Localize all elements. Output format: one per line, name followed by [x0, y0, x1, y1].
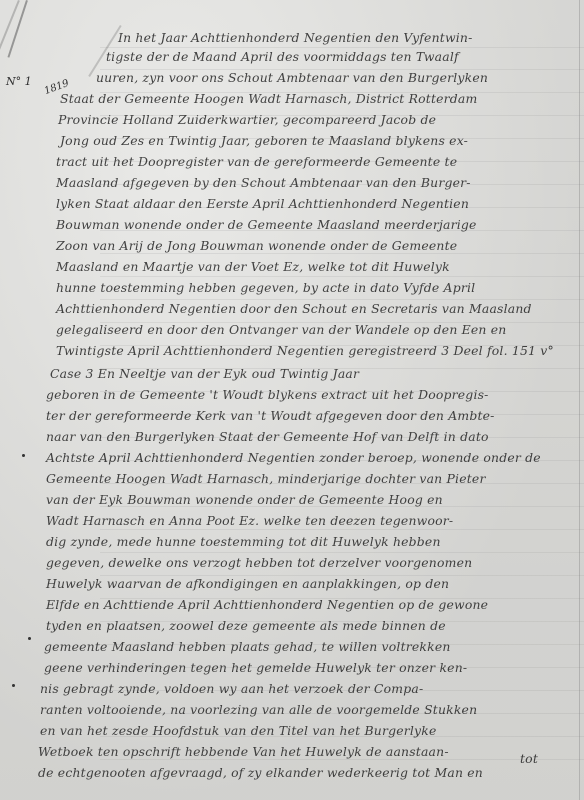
text-line: geboren in de Gemeente 't Woudt blykens …: [46, 387, 489, 402]
text-line: Gemeente Hoogen Wadt Harnasch, minderjar…: [46, 471, 486, 486]
text-line: geene verhinderingen tegen het gemelde H…: [44, 660, 467, 675]
text-line: gelegaliseerd en door den Ontvanger van …: [56, 322, 506, 337]
text-line: tract uit het Doopregister van de gerefo…: [56, 154, 457, 169]
text-line: ranten voltooiende, na voorlezing van al…: [40, 702, 477, 717]
text-line: tyden en plaatsen, zoowel deze gemeente …: [46, 618, 446, 633]
text-line: tigste der de Maand April des voormiddag…: [106, 49, 459, 64]
page-edge-line: [579, 0, 580, 800]
text-line: Wadt Harnasch en Anna Poot Ez. welke ten…: [46, 513, 453, 528]
text-line: nis gebragt zynde, voldoen wy aan het ve…: [40, 681, 423, 696]
text-line: en van het zesde Hoofdstuk van den Titel…: [40, 723, 436, 738]
ink-dot: [28, 637, 31, 640]
text-line: Jong oud Zes en Twintig Jaar, geboren te…: [60, 133, 468, 148]
text-line: Elfde en Achttiende April Achttienhonder…: [46, 597, 488, 612]
ink-dot: [12, 684, 15, 687]
text-line: lyken Staat aldaar den Eerste April Acht…: [56, 196, 469, 211]
text-line: Wetboek ten opschrift hebbende Van het H…: [38, 744, 449, 759]
document-page: N° 1 1819 In het Jaar Achttienhonderd Ne…: [0, 0, 584, 800]
ruled-line: [100, 299, 584, 300]
ruled-line: [100, 276, 584, 277]
text-line: Bouwman wonende onder de Gemeente Maasla…: [56, 217, 477, 232]
text-line: Achttienhonderd Negentien door den Schou…: [56, 301, 532, 316]
text-line: Huwelyk waarvan de afkondigingen en aanp…: [46, 576, 449, 591]
text-line: uuren, zyn voor ons Schout Ambtenaar van…: [96, 70, 488, 85]
catchword: tot: [520, 751, 538, 766]
text-line: ter der gereformeerde Kerk van 't Woudt …: [46, 408, 495, 423]
text-line: dig zynde, mede hunne toestemming tot di…: [46, 534, 441, 549]
text-line: Maasland afgegeven by den Schout Ambtena…: [56, 175, 471, 190]
ruled-line: [100, 529, 584, 530]
text-line: Staat der Gemeente Hoogen Wadt Harnasch,…: [60, 91, 477, 106]
text-line: Zoon van Arij de Jong Bouwman wonende on…: [56, 238, 457, 253]
text-line: hunne toestemming hebben gegeven, by act…: [56, 280, 475, 295]
text-line: gemeente Maasland hebben plaats gehad, t…: [44, 639, 451, 654]
margin-pen-stroke: [7, 0, 27, 58]
text-line: van der Eyk Bouwman wonende onder de Gem…: [46, 492, 443, 507]
text-line: gegeven, dewelke ons verzogt hebben tot …: [46, 555, 472, 570]
record-number: N° 1: [6, 75, 32, 88]
text-line: Achtste April Achttienhonderd Negentien …: [46, 450, 541, 465]
text-line: Twintigste April Achttienhonderd Negenti…: [56, 343, 554, 358]
ink-dot: [22, 454, 25, 457]
ruled-line: [100, 552, 584, 553]
text-line: de echtgenooten afgevraagd, of zy elkand…: [38, 765, 483, 780]
ruled-line: [100, 47, 584, 48]
text-line: Case 3 En Neeltje van der Eyk oud Twinti…: [50, 366, 359, 381]
text-line: Provincie Holland Zuiderkwartier, gecomp…: [58, 112, 436, 127]
text-line: naar van den Burgerlyken Staat der Gemee…: [46, 429, 489, 444]
text-line: In het Jaar Achttienhonderd Negentien de…: [118, 30, 472, 45]
text-line: Maasland en Maartje van der Voet Ez, wel…: [56, 259, 450, 274]
